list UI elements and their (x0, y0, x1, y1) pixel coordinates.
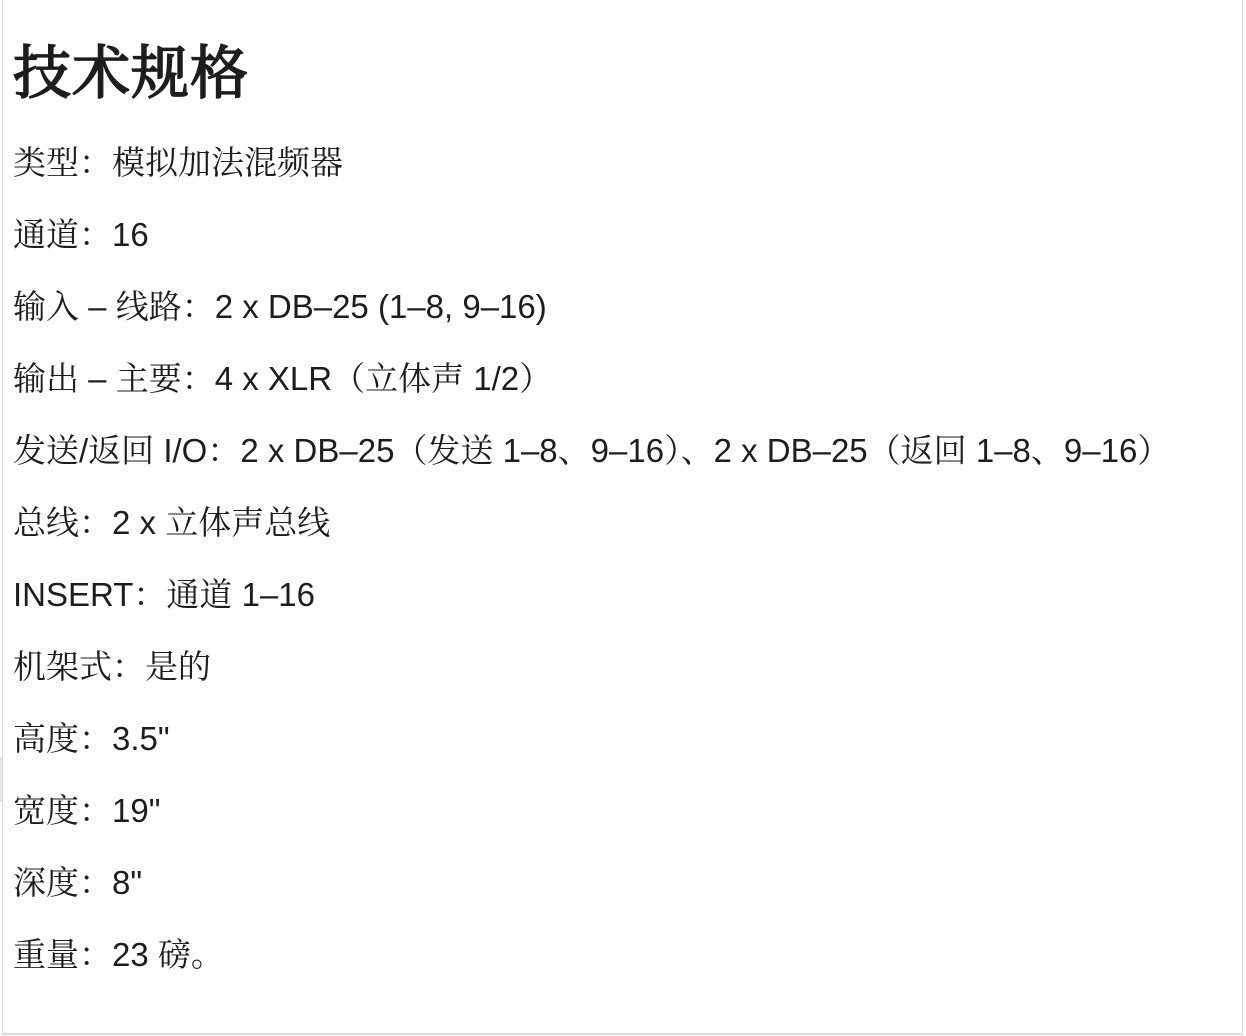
page-title: 技术规格 (13, 39, 1218, 109)
spec-line-channels: 通道：16 (13, 211, 1218, 259)
spec-line-type: 类型：模拟加法混频器 (13, 139, 1218, 187)
spec-line-width: 宽度：19" (13, 787, 1218, 835)
spec-line-height: 高度：3.5" (13, 715, 1218, 763)
spec-line-buses: 总线：2 x 立体声总线 (13, 499, 1218, 547)
spec-line-send-return: 发送/返回 I/O：2 x DB–25（发送 1–8、9–16）、2 x DB–… (13, 427, 1218, 475)
spec-line-output-main: 输出 – 主要：4 x XLR（立体声 1/2） (13, 355, 1218, 403)
spec-line-input-line: 输入 – 线路：2 x DB–25 (1–8, 9–16) (13, 283, 1218, 331)
spec-content-panel: 技术规格 类型：模拟加法混频器 通道：16 输入 – 线路：2 x DB–25 … (2, 0, 1243, 1035)
spec-line-weight: 重量：23 磅。 (13, 931, 1218, 979)
spec-line-rackmount: 机架式：是的 (13, 643, 1218, 691)
left-edge-notch (0, 757, 2, 802)
spec-line-depth: 深度：8" (13, 859, 1218, 907)
spec-line-insert: INSERT：通道 1–16 (13, 571, 1218, 619)
